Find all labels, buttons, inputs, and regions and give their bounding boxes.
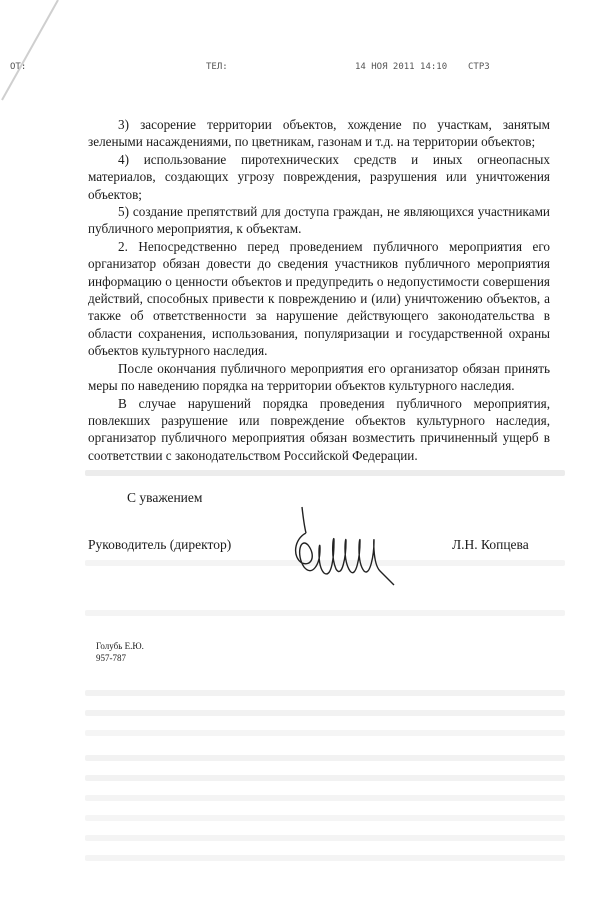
letter-body: 3) засорение территории объектов, хожден… — [88, 116, 550, 464]
paper-crease-mark — [0, 0, 70, 110]
handwritten-signature — [290, 505, 400, 590]
fax-datetime: 14 НОЯ 2011 14:10 — [355, 62, 447, 72]
executor-name: Голубь Е.Ю. — [96, 640, 144, 652]
signatory-position: Руководитель (директор) — [88, 537, 231, 553]
paragraph-section-2: 2. Непосредственно перед проведением пуб… — [88, 238, 550, 360]
paragraph-damages: В случае нарушений порядка проведения пу… — [88, 395, 550, 465]
paragraph-after-event: После окончания публичного мероприятия е… — [88, 360, 550, 395]
paragraph-item-3: 3) засорение территории объектов, хожден… — [88, 116, 550, 151]
signatory-name: Л.Н. Копцева — [452, 537, 529, 553]
paragraph-item-4: 4) использование пиротехнических средств… — [88, 151, 550, 203]
executor-phone: 957-787 — [96, 652, 144, 664]
fax-header: ОТ: ТЕЛ: 14 НОЯ 2011 14:10 СТР3 — [0, 62, 600, 78]
fax-phone-label: ТЕЛ: — [206, 62, 228, 72]
fax-from-label: ОТ: — [10, 62, 26, 72]
executor-info: Голубь Е.Ю. 957-787 — [96, 640, 144, 664]
fax-page-number: СТР3 — [468, 62, 490, 72]
closing-greeting: С уважением — [127, 490, 202, 506]
paragraph-item-5: 5) создание препятствий для доступа граж… — [88, 203, 550, 238]
